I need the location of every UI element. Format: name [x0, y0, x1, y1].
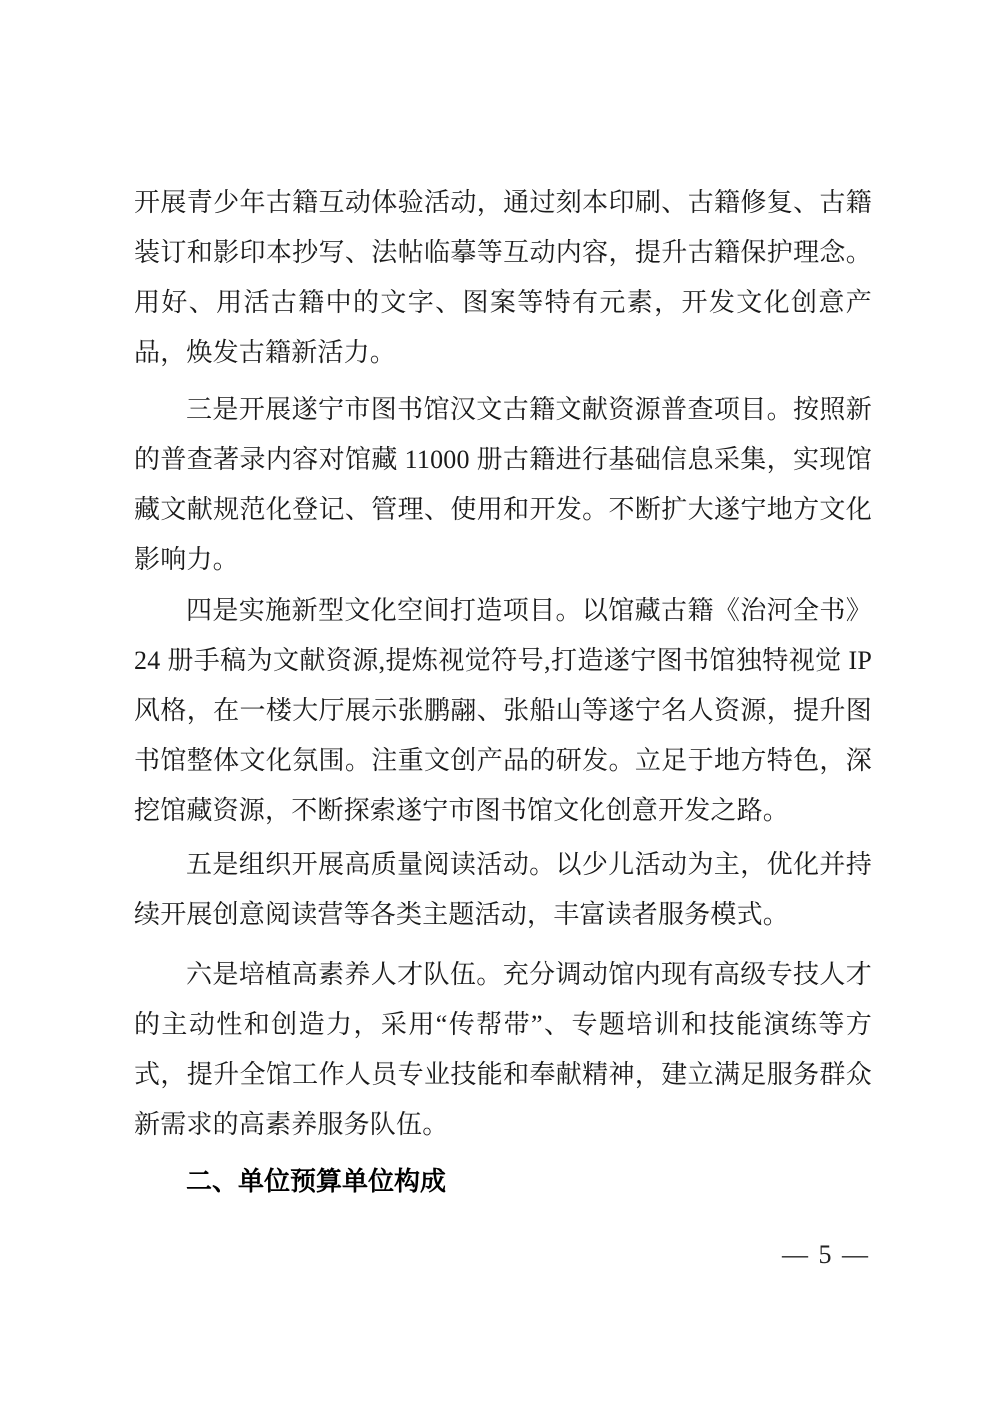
- section-heading: 二、单位预算单位构成: [134, 1156, 872, 1206]
- document-page: 开展青少年古籍互动体验活动，通过刻本印刷、古籍修复、古籍装订和影印本抄写、法帖临…: [0, 0, 992, 1403]
- paragraph-item-four: 四是实施新型文化空间打造项目。以馆藏古籍《治河全书》24 册手稿为文献资源,提炼…: [134, 586, 872, 836]
- page-number: — 5 —: [782, 1238, 870, 1272]
- paragraph-continuation: 开展青少年古籍互动体验活动，通过刻本印刷、古籍修复、古籍装订和影印本抄写、法帖临…: [134, 178, 872, 378]
- paragraph-item-six: 六是培植高素养人才队伍。充分调动馆内现有高级专技人才的主动性和创造力，采用“传帮…: [134, 950, 872, 1150]
- paragraph-item-three: 三是开展遂宁市图书馆汉文古籍文献资源普查项目。按照新的普查著录内容对馆藏 110…: [134, 385, 872, 585]
- paragraph-item-five: 五是组织开展高质量阅读活动。以少儿活动为主，优化并持续开展创意阅读营等各类主题活…: [134, 840, 872, 940]
- document-body: 开展青少年古籍互动体验活动，通过刻本印刷、古籍修复、古籍装订和影印本抄写、法帖临…: [134, 178, 872, 1206]
